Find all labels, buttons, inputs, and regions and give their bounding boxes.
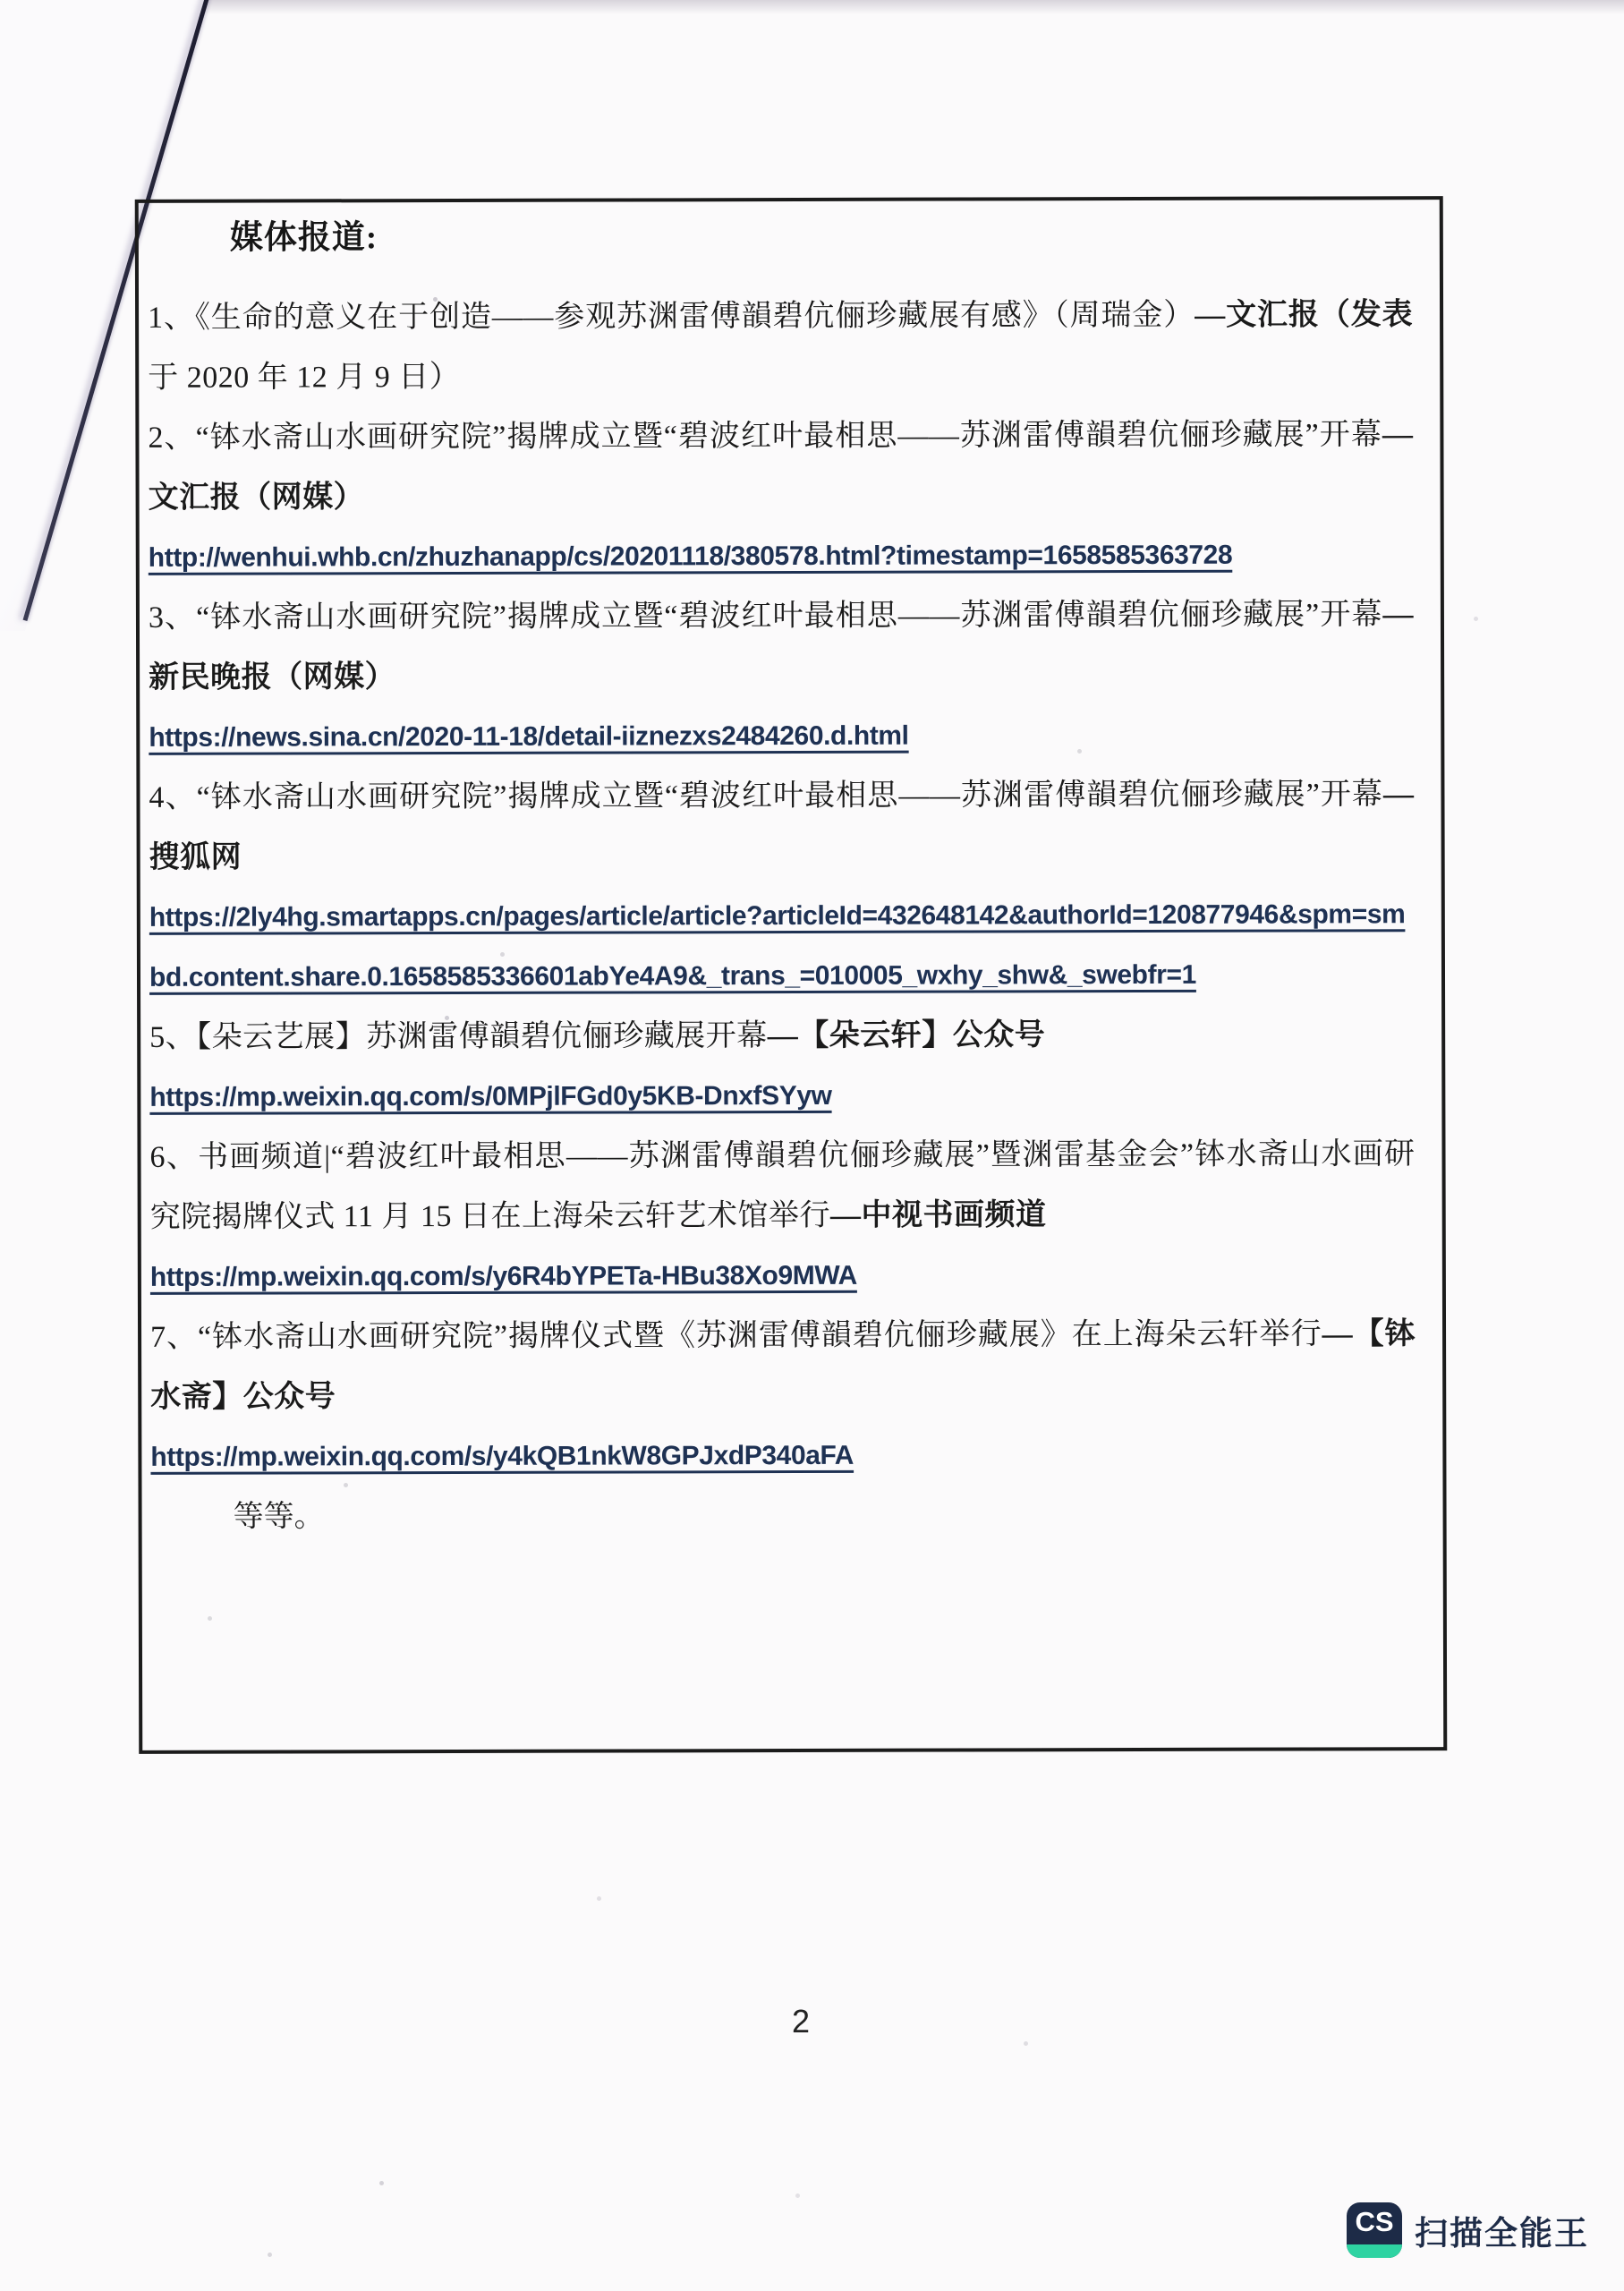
report-link[interactable]: https://mp.weixin.qq.com/s/y4kQB1nkW8GPJ… xyxy=(150,1424,1416,1487)
page-number: 2 xyxy=(756,2003,846,2040)
report-item-text: 2、“钵水斋山水画研究院”揭牌成立暨“碧波红叶最相思——苏渊雷傅韻碧伉俪珍藏展”… xyxy=(148,418,1382,455)
report-source-bold: —【朵云轩】公众号 xyxy=(768,1018,1046,1052)
report-item-text: 5、【朵云艺展】苏渊雷傅韻碧伉俪珍藏展开幕 xyxy=(149,1019,768,1054)
scan-noise-speckles xyxy=(0,0,3,3)
report-link[interactable]: https://news.sina.cn/2020-11-18/detail-i… xyxy=(149,704,1414,768)
report-link[interactable]: https://mp.weixin.qq.com/s/y6R4bYPETa-HB… xyxy=(150,1244,1416,1307)
camscanner-watermark: CS 扫描全能王 xyxy=(1347,2202,1589,2259)
report-item-text: 3、“钵水斋山水画研究院”揭牌成立暨“碧波红叶最相思——苏渊雷傅韻碧伉俪珍藏展”… xyxy=(149,598,1383,634)
report-item: 6、书画频道|“碧波红叶最相思——苏渊雷傅韻碧伉俪珍藏展”暨渊雷基金会”钵水斋山… xyxy=(149,1124,1415,1248)
closing-text: 等等。 xyxy=(150,1484,1416,1547)
scanner-top-shadow xyxy=(0,0,1624,14)
document-border-box: 媒体报道: 1、《生命的意义在于创造——参观苏渊雷傅韻碧伉俪珍藏展有感》（周瑞金… xyxy=(135,196,1448,1754)
report-item: 4、“钵水斋山水画研究院”揭牌成立暨“碧波红叶最相思——苏渊雷傅韻碧伉俪珍藏展”… xyxy=(149,764,1414,888)
cs-icon-teal-strip xyxy=(1347,2244,1402,2258)
report-item-text: 7、“钵水斋山水画研究院”揭牌仪式暨《苏渊雷傅韻碧伉俪珍藏展》在上海朵云轩举行 xyxy=(150,1317,1322,1353)
camscanner-logo-icon: CS xyxy=(1347,2202,1402,2258)
report-item: 1、《生命的意义在于创造——参观苏渊雷傅韻碧伉俪珍藏展有感》（周瑞金）—文汇报（… xyxy=(148,285,1413,408)
report-item: 5、【朵云艺展】苏渊雷傅韻碧伉俪珍藏展开幕—【朵云轩】公众号 xyxy=(149,1004,1415,1068)
report-list: 1、《生命的意义在于创造——参观苏渊雷傅韻碧伉俪珍藏展有感》（周瑞金）—文汇报（… xyxy=(148,285,1416,1547)
report-item-text: 于 2020 年 12 月 9 日） xyxy=(148,361,460,395)
report-link[interactable]: http://wenhui.whb.cn/zhuzhanapp/cs/20201… xyxy=(149,524,1414,588)
report-item-text: 6、书画频道|“碧波红叶最相思——苏渊雷傅韻碧伉俪珍藏展”暨渊雷基金会”钵水斋山… xyxy=(149,1137,1415,1234)
cs-monogram: CS xyxy=(1347,2206,1402,2238)
report-source-bold: —文汇报（发表 xyxy=(1195,298,1413,332)
report-link[interactable]: https://2ly4hg.smartapps.cn/pages/articl… xyxy=(149,884,1415,1008)
report-source-bold: —中视书画频道 xyxy=(830,1198,1047,1232)
media-report-heading: 媒体报道: xyxy=(148,205,1413,268)
report-item: 3、“钵水斋山水画研究院”揭牌成立暨“碧波红叶最相思——苏渊雷傅韻碧伉俪珍藏展”… xyxy=(149,584,1414,708)
report-item-text: 1、《生命的意义在于创造——参观苏渊雷傅韻碧伉俪珍藏展有感》（周瑞金） xyxy=(148,299,1195,335)
report-item-text: 4、“钵水斋山水画研究院”揭牌成立暨“碧波红叶最相思——苏渊雷傅韻碧伉俪珍藏展”… xyxy=(149,778,1383,814)
report-link[interactable]: https://mp.weixin.qq.com/s/0MPjlFGd0y5KB… xyxy=(149,1064,1415,1128)
report-item: 2、“钵水斋山水画研究院”揭牌成立暨“碧波红叶最相思——苏渊雷傅韻碧伉俪珍藏展”… xyxy=(148,405,1413,528)
report-item: 7、“钵水斋山水画研究院”揭牌仪式暨《苏渊雷傅韻碧伉俪珍藏展》在上海朵云轩举行—… xyxy=(150,1304,1416,1427)
watermark-app-name: 扫描全能王 xyxy=(1415,2206,1589,2254)
